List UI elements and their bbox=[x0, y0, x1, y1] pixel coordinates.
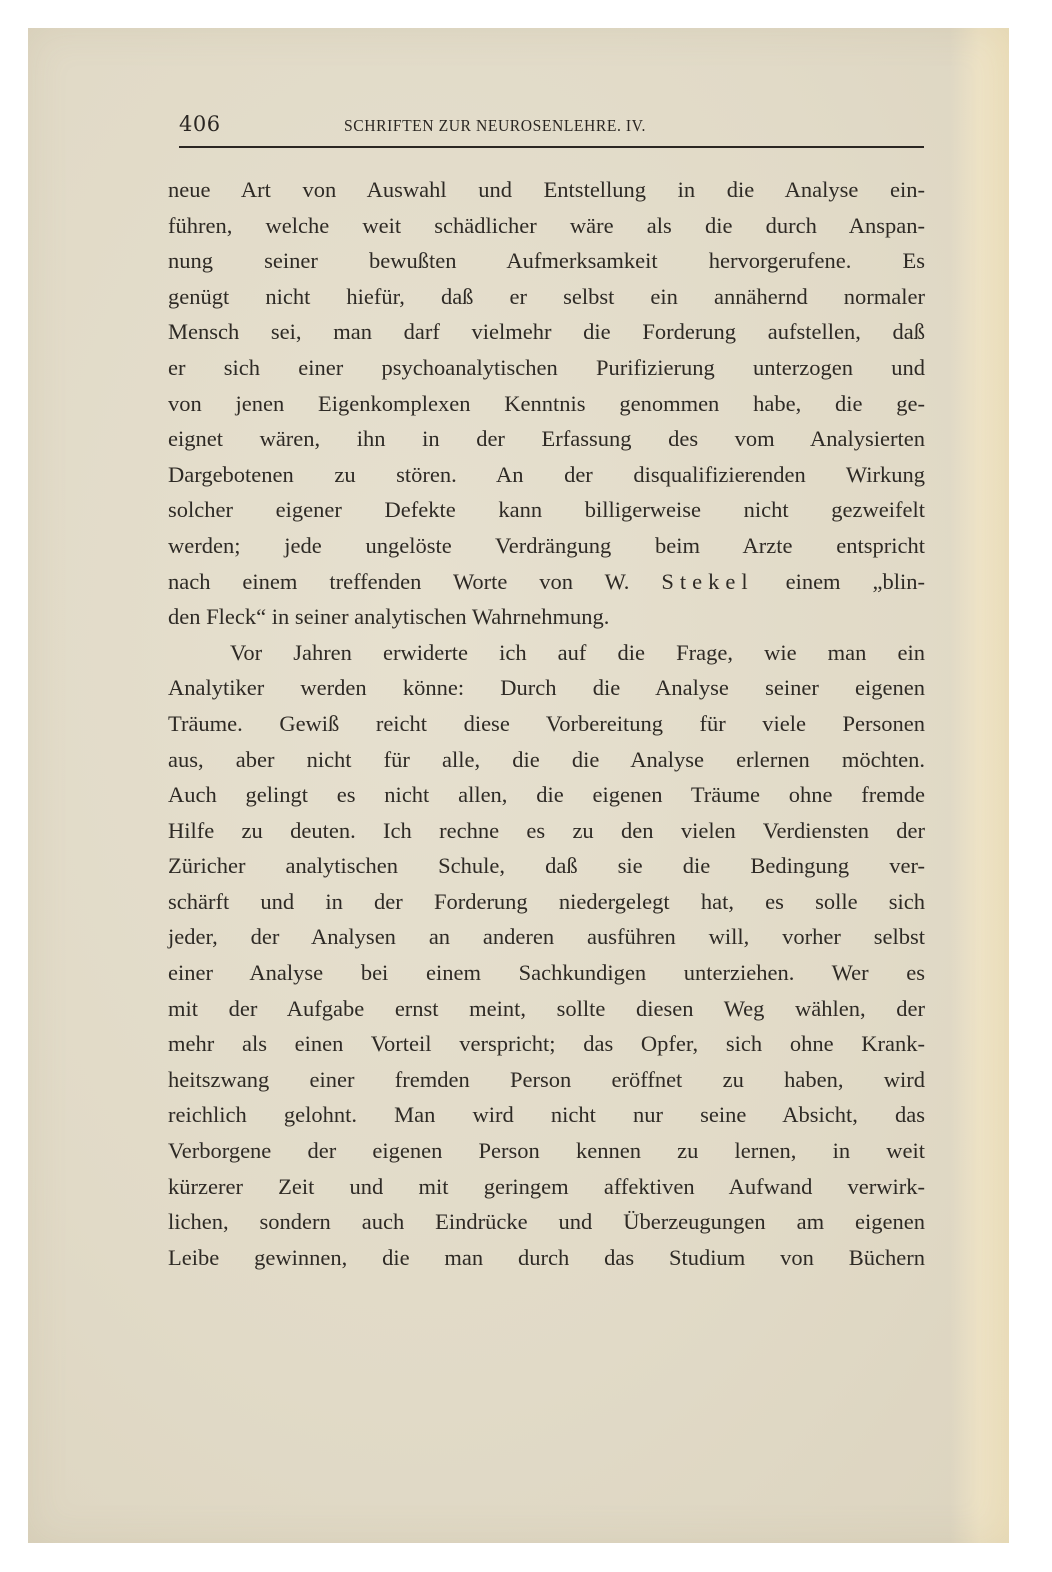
text-line: den Fleck“ in seiner analytischen Wahrne… bbox=[168, 599, 925, 635]
text-line: kürzerer Zeit und mit geringem affektive… bbox=[168, 1169, 925, 1205]
paragraph-2: Vor Jahren erwiderte ich auf die Frage, … bbox=[168, 635, 925, 1276]
text-line: solcher eigener Defekte kann billigerwei… bbox=[168, 492, 925, 528]
body-text: neue Art von Auswahl und Entstellung in … bbox=[168, 172, 925, 1275]
text-line: schärft und in der Forderung niedergeleg… bbox=[168, 884, 925, 920]
text-line: Leibe gewinnen, die man durch das Studiu… bbox=[168, 1240, 925, 1276]
text-line: lichen, sondern auch Eindrücke und Überz… bbox=[168, 1204, 925, 1240]
text-line: nach einem treffenden Worte von W. Steke… bbox=[168, 564, 925, 600]
text-line: Träume. Gewiß reicht diese Vorbereitung … bbox=[168, 706, 925, 742]
running-title: SCHRIFTEN ZUR NEUROSENLEHRE. IV. bbox=[344, 116, 646, 136]
text-line: Auch gelingt es nicht allen, die eigenen… bbox=[168, 777, 925, 813]
text-line: mit der Aufgabe ernst meint, sollte dies… bbox=[168, 991, 925, 1027]
text-line: führen, welche weit schädlicher wäre als… bbox=[168, 208, 925, 244]
text-line: er sich einer psychoanalytischen Purifiz… bbox=[168, 350, 925, 386]
text-line: werden; jede ungelöste Verdrängung beim … bbox=[168, 528, 925, 564]
page-number: 406 bbox=[179, 112, 221, 136]
text-line: aus, aber nicht für alle, die die Analys… bbox=[168, 742, 925, 778]
text-line: von jenen Eigenkomplexen Kenntnis genomm… bbox=[168, 386, 925, 422]
text-line: eignet wären, ihn in der Erfassung des v… bbox=[168, 421, 925, 457]
text-line: Vor Jahren erwiderte ich auf die Frage, … bbox=[168, 635, 925, 671]
text-line: Analytiker werden könne: Durch die Analy… bbox=[168, 670, 925, 706]
text-line: mehr als einen Vorteil verspricht; das O… bbox=[168, 1026, 925, 1062]
text-line: heitszwang einer fremden Person eröffnet… bbox=[168, 1062, 925, 1098]
text-line: Dargebotenen zu stören. An der disqualif… bbox=[168, 457, 925, 493]
text-line: einer Analyse bei einem Sachkundigen unt… bbox=[168, 955, 925, 991]
text-line: nung seiner bewußten Aufmerksamkeit herv… bbox=[168, 243, 925, 279]
text-line: neue Art von Auswahl und Entstellung in … bbox=[168, 172, 925, 208]
paragraph-1: neue Art von Auswahl und Entstellung in … bbox=[168, 172, 925, 635]
text-line: Mensch sei, man darf vielmehr die Forder… bbox=[168, 314, 925, 350]
text-segment: nach einem treffenden Worte von W. bbox=[168, 569, 661, 594]
text-segment: einem „blin- bbox=[754, 569, 925, 594]
author-name-spaced: Stekel bbox=[661, 569, 753, 594]
text-line: genügt nicht hiefür, daß er selbst ein a… bbox=[168, 279, 925, 315]
header-rule bbox=[179, 146, 924, 148]
text-line: Verborgene der eigenen Person kennen zu … bbox=[168, 1133, 925, 1169]
text-line: reichlich gelohnt. Man wird nicht nur se… bbox=[168, 1097, 925, 1133]
text-line: jeder, der Analysen an anderen ausführen… bbox=[168, 919, 925, 955]
text-line: Hilfe zu deuten. Ich rechne es zu den vi… bbox=[168, 813, 925, 849]
text-line: Züricher analytischen Schule, daß sie di… bbox=[168, 848, 925, 884]
